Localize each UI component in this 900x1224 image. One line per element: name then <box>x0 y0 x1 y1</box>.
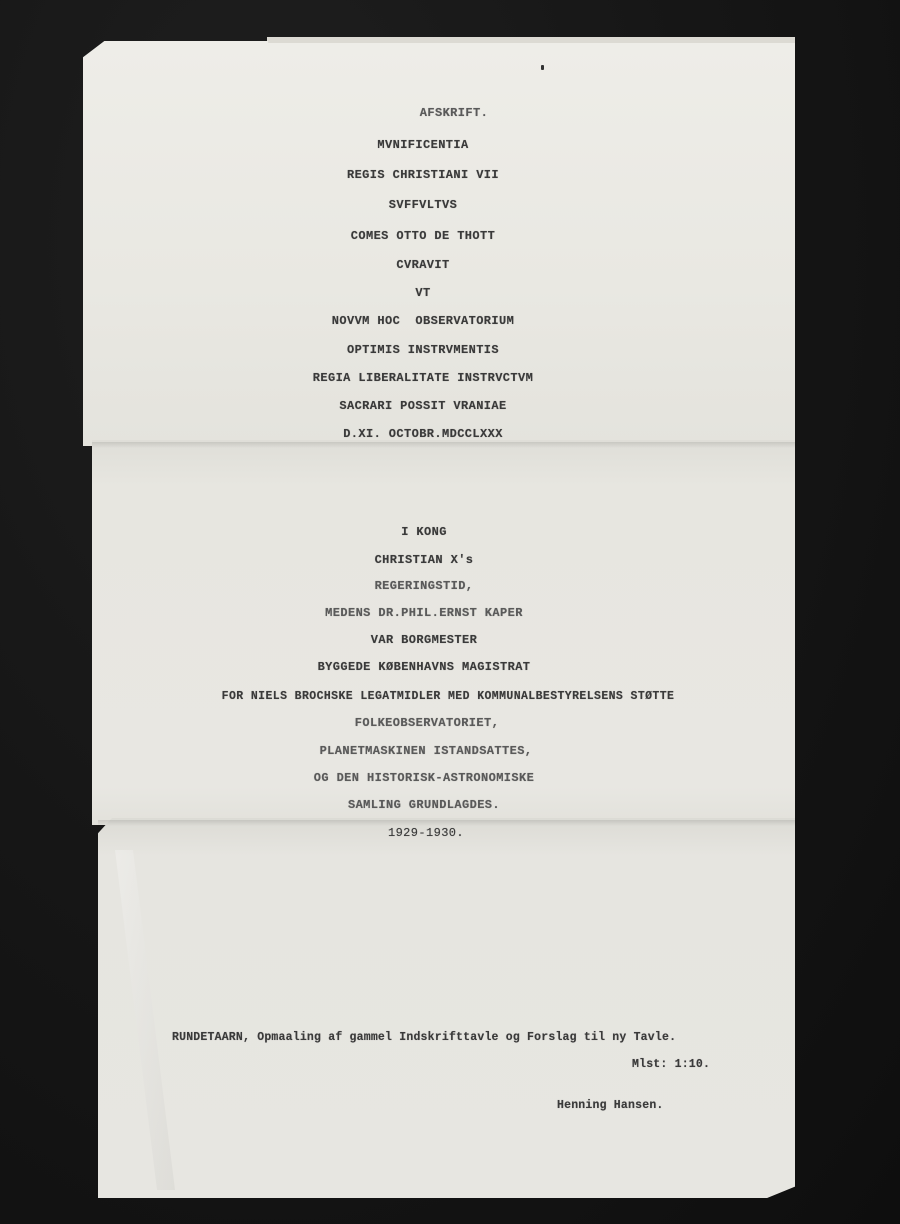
document-heading: AFSKRIFT. <box>4 106 900 120</box>
danish-line: MEDENS DR.PHIL.ERNST KAPER <box>0 606 874 620</box>
latin-line: SVFFVLTVS <box>0 198 873 212</box>
typewritten-sheet: AFSKRIFT. MVNIFICENTIA REGIS CHRISTIANI … <box>0 0 900 1224</box>
danish-line: REGERINGSTID, <box>0 579 874 593</box>
latin-line: MVNIFICENTIA <box>0 138 873 152</box>
latin-line: SACRARI POSSIT VRANIAE <box>0 399 873 413</box>
danish-line: VAR BORGMESTER <box>0 633 874 647</box>
fold-line <box>92 442 795 448</box>
latin-line: COMES OTTO DE THOTT <box>0 229 873 243</box>
danish-line: PLANETMASKINEN ISTANDSATTES, <box>0 744 876 758</box>
date-line: 1929-1930. <box>0 826 876 840</box>
caption-text: RUNDETAARN, Opmaaling af gammel Indskrif… <box>172 1031 676 1044</box>
latin-line: REGIA LIBERALITATE INSTRVCTVM <box>0 371 873 385</box>
danish-line: FOLKEOBSERVATORIET, <box>0 716 877 730</box>
danish-line: I KONG <box>0 525 874 539</box>
paper-panel-bottom <box>98 818 795 1198</box>
latin-line: D.XI. OCTOBR.MDCCLXXX <box>0 427 873 441</box>
danish-line: CHRISTIAN X's <box>0 553 874 567</box>
signature-text: Henning Hansen. <box>557 1099 664 1112</box>
paper-panel-top <box>83 41 795 446</box>
danish-line: BYGGEDE KØBENHAVNS MAGISTRAT <box>0 660 874 674</box>
latin-line: OPTIMIS INSTRVMENTIS <box>0 343 873 357</box>
danish-line: OG DEN HISTORISK-ASTRONOMISKE <box>0 771 874 785</box>
latin-line: VT <box>0 286 873 300</box>
danish-line: FOR NIELS BROCHSKE LEGATMIDLER MED KOMMU… <box>0 690 898 703</box>
latin-line: REGIS CHRISTIANI VII <box>0 168 873 182</box>
ink-speck <box>541 65 544 70</box>
scale-text: Mlst: 1:10. <box>632 1058 710 1071</box>
danish-line: SAMLING GRUNDLAGDES. <box>0 798 874 812</box>
latin-line: NOVVM HOC OBSERVATORIUM <box>0 314 873 328</box>
latin-line: CVRAVIT <box>0 258 873 272</box>
